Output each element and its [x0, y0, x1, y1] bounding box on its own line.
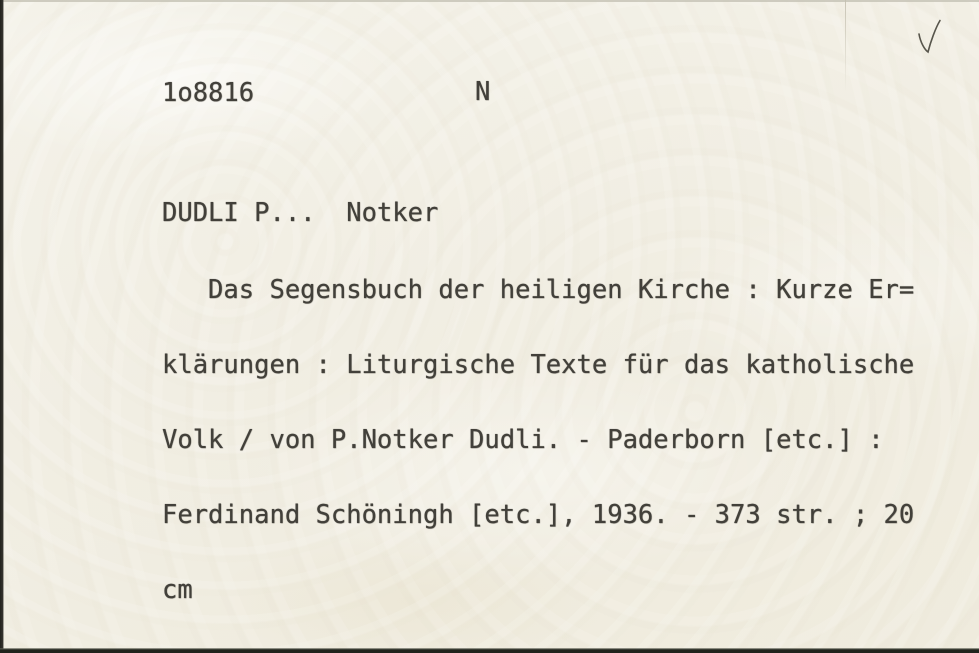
entry-line: Volk / von P.Notker Dudli. - Paderborn [… — [162, 428, 914, 453]
call-number: 1o8816 — [162, 81, 254, 106]
author-heading: DUDLI P... Notker — [162, 201, 914, 226]
bibliographic-entry: DUDLI P... Notker Das Segensbuch der hei… — [162, 151, 914, 653]
scan-crease — [845, 0, 846, 92]
entry-line: Das Segensbuch der heiligen Kirche : Kur… — [162, 278, 914, 303]
entry-line: klärungen : Liturgische Texte für das ka… — [162, 353, 914, 378]
entry-line: cm — [162, 578, 914, 603]
checkmark-icon — [910, 15, 952, 63]
entry-line: Ferdinand Schöningh [etc.], 1936. - 373 … — [162, 503, 914, 528]
card-top-edge — [0, 0, 979, 2]
catalog-card: 1o8816 N DUDLI P... Notker Das Segensbuc… — [0, 0, 979, 653]
card-left-edge — [0, 0, 4, 653]
section-letter: N — [475, 80, 490, 105]
